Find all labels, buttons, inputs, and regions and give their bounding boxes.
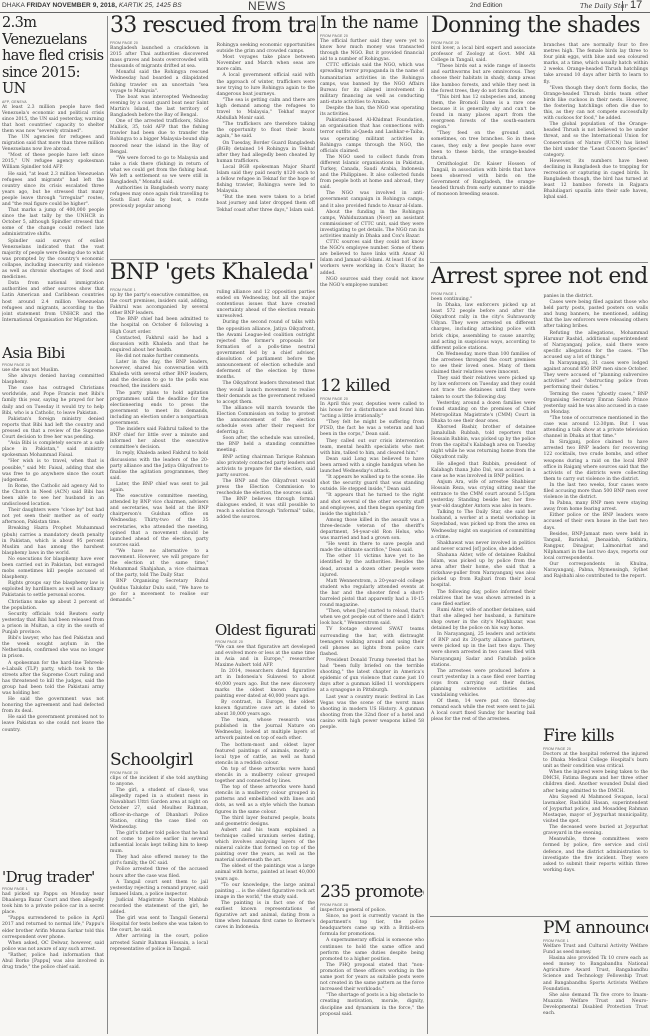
paragraph: The team, whose research was published i… — [215, 718, 315, 742]
paragraph: Spindler said surveys of exiled Venezuel… — [2, 239, 104, 282]
from-page: FROM PAGE 20 — [110, 771, 208, 775]
headline: Fire kills — [543, 728, 648, 745]
headline: PM announces — [543, 920, 648, 937]
byline: AFP, Geneva — [2, 100, 104, 104]
headline: Asia Bibi — [2, 346, 104, 361]
paragraph: The boat was intercepted Wednesday eveni… — [110, 95, 209, 119]
paragraph: One of the arrested traffickers, Shiloo … — [110, 119, 209, 156]
story-body: Welfare Trust and Cultural Activity Welf… — [543, 944, 648, 1017]
story-trawler: 33 rescued from trawler FROM PAGE 20 Ban… — [110, 15, 315, 257]
paragraph: The insiders said Fakhrul talked to the … — [110, 427, 209, 451]
paragraph: Rights groups say the blasphemy law is e… — [2, 581, 104, 599]
paragraph: In Narayanganj, 31 cases were lodged aga… — [544, 361, 649, 391]
paragraph: The UN agencies for refugees and migrati… — [2, 135, 104, 153]
paragraph: Khorsed Bashir, brother of detainee Jama… — [431, 425, 536, 462]
headline: 235 promoted — [320, 884, 424, 901]
paragraph: The NGO used to collect funds from diffe… — [320, 155, 424, 192]
headline: Arrest spree not ending — [431, 266, 648, 288]
from-page: FROM PAGE 20 — [320, 903, 424, 907]
paragraph: Pakistani-based Al-Khidmat Foundation, a… — [320, 118, 424, 155]
paragraph: Refuting the allegations, Mohammad Harun… — [544, 331, 649, 361]
paragraph: The following day, police informed their… — [431, 590, 536, 608]
story-drug-trader: 'Drug trader' FROM PAGE 1 had picked up … — [2, 870, 104, 1034]
paragraph: "We can see that figurative art develope… — [215, 645, 315, 669]
paragraph: Anjum Ara, wife of arrestee Shahbisur Ho… — [431, 480, 536, 510]
paragraph: Security officials told Reuters early ye… — [2, 612, 104, 636]
story-body: Rohingya seeking economic opportunities … — [217, 43, 316, 214]
paragraph: By contrast, in Europe, the oldest known… — [215, 700, 315, 718]
paragraph: The other 11 victims have yet to be iden… — [320, 554, 424, 578]
from-page: FROM PAGE 20 — [320, 397, 424, 401]
paragraph: In April this year, deputies were called… — [320, 402, 424, 420]
headline: Donning the shades — [431, 15, 648, 37]
paragraph: CTTC officials said the NGO, which was s… — [320, 63, 424, 106]
column-divider — [107, 16, 108, 1034]
paragraph: During the second round of talks with th… — [217, 320, 316, 381]
paragraph: bird lover, a local bird expert and asso… — [431, 46, 536, 64]
story-divider — [110, 259, 315, 260]
headline: Schoolgirl — [110, 752, 208, 769]
paragraph: The official further said they were yet … — [320, 39, 424, 63]
masthead: DHAKA FRIDAY NOVEMBER 9, 2018, KARTIK 25… — [0, 0, 650, 13]
paragraph: The PHQ proposal stated that "non-promot… — [320, 963, 424, 993]
paragraph: Later in the day, the BNP leaders, howev… — [110, 360, 209, 390]
paragraph: In Rome, the Catholic aid agency Aid to … — [2, 484, 104, 508]
story-body: ruling alliance and 12 opposition partie… — [217, 290, 316, 522]
column-divider — [317, 16, 318, 1034]
paragraph: The painting is in fact one of the earli… — [215, 901, 315, 931]
paragraph: "The sea is getting calm and there are h… — [217, 98, 316, 122]
paragraph: Meanwhile, three committees were formed … — [543, 837, 648, 874]
paragraph: President Donald Trump tweeted that he h… — [320, 658, 424, 695]
story-donning-the-shades: Donning the shades FROM PAGE 20 bird lov… — [431, 15, 648, 260]
from-page: FROM PAGE 1 — [110, 288, 209, 292]
story-body: "We can see that figurative art develope… — [215, 645, 315, 931]
paragraph: The alliance will march towards the Elec… — [217, 406, 316, 436]
paragraph: On top of these artworks were hand stenc… — [215, 767, 315, 785]
paragraph: On Wednesday, more than 100 families of … — [431, 352, 536, 376]
page-number: 17 — [630, 0, 642, 11]
paragraph: On Tuesday, Border Guard Bangladesh (BGB… — [217, 141, 316, 165]
story-body: In April this year, deputies were called… — [320, 402, 424, 731]
bangla-date: KARTIK 25, 1425 BS — [119, 2, 182, 9]
paragraph: "Rather, police had information that Abu… — [2, 953, 104, 971]
paragraph: Among those killed in the assault was a … — [320, 518, 424, 542]
paragraph: Data from national immigration authoriti… — [2, 281, 104, 324]
paragraph: The bottom-most and oldest layer feature… — [215, 743, 315, 767]
paragraph: Police arrested three of the accused hou… — [110, 867, 208, 879]
paragraph: The BNP and the Oikyafront would press t… — [217, 479, 316, 497]
story-divider — [430, 262, 648, 263]
paragraph: Yesterday, around a dozen families were … — [431, 401, 536, 425]
paragraph: A local government official said with th… — [217, 73, 316, 97]
paragraph: The top of these artworks were hand sten… — [215, 785, 315, 815]
paragraph: clips of the incident if she told anythi… — [110, 776, 208, 788]
story-oldest-figurative: Oldest figurative FROM PAGE 20 "We can s… — [215, 623, 315, 1034]
paragraph: had picked up Pappu on Monday near Dhaal… — [2, 892, 104, 916]
story-235-promoted: 235 promoted FROM PAGE 20 inspectors gen… — [320, 884, 424, 1034]
paragraph: He said the government was not honoring … — [2, 697, 104, 715]
story-body: clips of the incident if she told anythi… — [110, 776, 208, 953]
paragraph: up by the party's executive committee, o… — [110, 293, 209, 317]
story-body: At least 2.3 million people have fled Ve… — [2, 105, 104, 324]
paragraph: "Then, when [he] started to reload, that… — [320, 609, 424, 627]
paragraph: Rumi Akter, wife of another detainee, sa… — [431, 608, 536, 632]
paragraph: That marks a jump of 400,000 people sinc… — [2, 208, 104, 238]
paragraph: Later, the BNP chief was sent to jail ag… — [110, 482, 209, 494]
from-page: FROM PAGE 1 — [431, 292, 536, 296]
story-body: inspectors general of police. Since, no … — [320, 908, 424, 1018]
paragraph: No executions for blasphemy have ever be… — [2, 557, 104, 581]
paragraph: He alleged that Rubbin, president of Kal… — [431, 462, 536, 480]
paragraph: The BNP chief had been admitted to the h… — [110, 317, 209, 335]
story-bnp: BNP 'gets Khaleda's nod' FROM PAGE 1 up … — [110, 262, 315, 662]
paper-logo: The Daily Star — [580, 2, 627, 10]
paragraph: The Oikyafront leaders threatened that t… — [217, 381, 316, 405]
paragraph: "Most of these people have left since 20… — [2, 153, 104, 171]
paragraph: The girl, a student of class-8, was alle… — [110, 788, 208, 831]
story-body: Doctors at the hospital referred the inj… — [543, 752, 648, 874]
paragraph: Shakhawat was never involved in politics… — [431, 541, 536, 553]
paragraph: Most voyages take place between November… — [217, 55, 316, 73]
paragraph: "Her wish is to travel, when that is pos… — [2, 459, 104, 483]
paragraph: "They feed on the ground and, sometimes,… — [431, 131, 536, 161]
date: FRIDAY NOVEMBER 9, 2018, — [26, 2, 117, 9]
paragraph: The oldest of the paintings was a large … — [215, 864, 315, 882]
headline: 'Drug trader' — [2, 870, 104, 885]
paragraph: Ornithologist Dr. Kaiser Hossen of Tanga… — [431, 162, 536, 199]
paragraph: The girl was sent to Tangail General Hos… — [110, 916, 208, 934]
paragraph: In the last two weeks, four cases were f… — [544, 483, 649, 501]
story-body: up by the party's executive committee, o… — [110, 293, 209, 604]
paragraph: Bibi's lawyer, who has fled Pakistan and… — [2, 636, 104, 660]
paragraph: Dean said Long was believed to have been… — [320, 457, 424, 475]
paragraph: "This bird has 12 subspecies and, among … — [431, 95, 536, 132]
paragraph: "But the men were taken to a brief boat … — [217, 195, 316, 213]
paragraph: Breaking Hazra Prophet Muhammad (pbuh) c… — [2, 526, 104, 556]
paragraph: About the funding in the Rohingya camps,… — [320, 210, 424, 240]
paragraph: Their daughters were "close by" but had … — [2, 508, 104, 526]
headline: BNP 'gets Khaleda's nod' — [110, 262, 315, 284]
headline: 33 rescued from trawler — [110, 15, 315, 37]
paragraph: The executive committee meeting, attende… — [110, 494, 209, 549]
paragraph: The third layer featured people, boats a… — [215, 816, 315, 828]
paragraph: "It appears that he turned to the right … — [320, 493, 424, 517]
paragraph: Monaful said the Rohingya rescued Wednes… — [110, 70, 209, 94]
paragraph: Soon after, the schedule was unveiled, t… — [217, 436, 316, 454]
story-venezuela: 2.3m Venezuelans have fled crisis since … — [2, 15, 104, 345]
paragraph: She also demand Tk five crore to Imam-Mu… — [543, 993, 648, 1017]
paragraph: "The shortage of posts is a big obstacle… — [320, 993, 424, 1017]
paragraph: branches that are normally four to five … — [544, 43, 649, 86]
story-body: had picked up Pappu on Monday near Dhaal… — [2, 892, 104, 971]
story-in-the-name: In the name FROM PAGE 20 The official fu… — [320, 15, 424, 370]
paragraph: "We have no alternative to a movement. H… — [110, 549, 209, 579]
paragraph: The deceased were buried at Joypurhat gr… — [543, 825, 648, 837]
story-schoolgirl: Schoolgirl FROM PAGE 20 clips of the inc… — [110, 752, 208, 1034]
paragraph: Judicial Magistrate Nasrin Mahbub record… — [110, 898, 208, 916]
paragraph: BNP acting chairman Tarique Rahman also … — [217, 455, 316, 479]
paragraph: Last year a country music festival in La… — [320, 695, 424, 732]
story-12-killed: 12 killed FROM PAGE 20 In April this yea… — [320, 378, 424, 856]
story-asia-bibi: Asia Bibi FROM PAGE 20 use she was not M… — [2, 346, 104, 868]
story-fire-kills: Fire kills FROM PAGE 20 Doctors at the h… — [543, 728, 648, 914]
paragraph: Talking to The Daily Star, she said her … — [431, 510, 536, 540]
paragraph: The NGO was involved in anti-government … — [320, 191, 424, 209]
paragraph: "The traffickers are therefore taking th… — [217, 122, 316, 140]
story-body: The official further said they were yet … — [320, 39, 424, 289]
edition: 2nd Edition — [470, 2, 503, 9]
from-page: FROM PAGE 20 — [110, 41, 209, 45]
paragraph: Christians make up about 2 percent of th… — [2, 600, 104, 612]
from-page: FROM PAGE 20 — [431, 41, 536, 45]
paragraph: The party plans to hold agitation progra… — [110, 391, 209, 428]
paragraph: Local BGB spokesman Major Sharif Islam s… — [217, 165, 316, 195]
paragraph: Welfare Trust and Cultural Activity Welf… — [543, 944, 648, 956]
paragraph: "They felt he might be suffering from PT… — [320, 420, 424, 438]
paragraph: Aubert and his team explained a techniqu… — [215, 828, 315, 865]
headline: In the name — [320, 15, 424, 32]
paragraph: Doctors at the hospital referred the inj… — [543, 752, 648, 770]
paragraph: BNP Organising Secretary Ruhul Quddus Ta… — [110, 579, 209, 603]
paragraph: "These birds eat a wide range of insects… — [431, 64, 536, 94]
paragraph: The girl's father told police that he ha… — [110, 831, 208, 855]
paragraph: The case has outraged Christians worldwi… — [2, 386, 104, 416]
from-page: FROM PAGE 20 — [215, 640, 315, 644]
paragraph: "Asia Bibi is completely secure at a saf… — [2, 441, 104, 459]
paragraph: "It appears he walked up to the scene. H… — [320, 475, 424, 493]
paragraph: "We were forced to go to Malaysia and ta… — [110, 156, 209, 186]
headline: Oldest figurative — [215, 623, 315, 638]
paragraph: Contacted, Fakhrul said he had a discuss… — [110, 336, 209, 354]
story-body: bird lover, a local bird expert and asso… — [431, 46, 536, 198]
from-page: FROM PAGE 20 — [543, 747, 648, 751]
paragraph: Of them, 14 were put on three-day remand… — [431, 699, 536, 723]
city: DHAKA — [2, 2, 25, 9]
paragraph: ruling alliance and 12 opposition partie… — [217, 290, 316, 320]
paragraph: However, its numbers have been declining… — [544, 159, 649, 202]
paragraph: They had also offered money to the girl'… — [110, 855, 208, 867]
paragraph: Terming the cases "ghostly cases," BNP O… — [544, 392, 649, 416]
from-page: FROM PAGE 1 — [543, 939, 648, 943]
from-page: FROM PAGE 20 — [2, 363, 104, 367]
paragraph: "He went in there to save people and mad… — [320, 542, 424, 554]
paragraph: Either police or the BNP leaders were ac… — [544, 513, 649, 531]
paragraph: Besides, BNP-Jamaat men were held in Tan… — [544, 532, 649, 562]
paragraph: In Sirajganj, police claimed to have arr… — [544, 440, 649, 483]
divider — [622, 1, 623, 11]
column-divider — [427, 16, 428, 1034]
headline: 12 killed — [320, 378, 424, 395]
paragraph: The global population of the Orange-head… — [544, 122, 649, 159]
story-body: branches that are normally four to five … — [544, 43, 649, 201]
paragraph: At least 2.3 million people have fled Ve… — [2, 105, 104, 135]
paragraph: When the injured were being taken to the… — [543, 770, 648, 794]
paragraph: A spokesman for the hard-line Tehreek-e-… — [2, 661, 104, 698]
paragraph: Bangladesh launched a crackdown in 2015 … — [110, 46, 209, 70]
paragraph: A supernumerary official is someone who … — [320, 938, 424, 962]
paragraph: When asked, OC Delwar, however, said pol… — [2, 941, 104, 953]
from-page: FROM PAGE 1 — [2, 887, 104, 891]
paragraph: Cases were being filed against those who… — [544, 300, 649, 330]
story-divider — [430, 916, 648, 917]
headline: 2.3m Venezuelans have fled crisis since … — [2, 15, 104, 98]
from-page: FROM PAGE 20 — [320, 34, 424, 38]
paragraph: Our correspondents in Khulna, Narayangan… — [544, 562, 649, 580]
paragraph: Hasina also provided Tk 10 crore each as… — [543, 956, 648, 993]
paragraph: He said the government promised not to l… — [2, 715, 104, 733]
paragraph: In 2014, researchers dated figurative ar… — [215, 669, 315, 699]
story-body: use she was not Muslim. She always denie… — [2, 368, 104, 734]
paragraph: The arrestees were produced before a cou… — [431, 669, 536, 699]
story-body: been continuing." In Dhaka, law enforcer… — [431, 297, 536, 724]
paragraph: Authorities in Bangladesh worry many ref… — [110, 186, 209, 210]
paragraph: Rohingya seeking economic opportunities … — [217, 43, 316, 55]
paragraph: TV footage showed SWAT teams surrounding… — [320, 627, 424, 657]
story-body: Bangladesh launched a crackdown in 2015 … — [110, 46, 209, 211]
paragraph: In Dhaka, law enforcers picked up at lea… — [431, 303, 536, 352]
paragraph: Shahana Akter, wife of detainee Rakibul … — [431, 553, 536, 590]
paragraph: In reply, Khaleda asked Fakhrul to hold … — [110, 451, 209, 481]
paragraph: Despite the ban, the NGO was operating i… — [320, 106, 424, 118]
paragraph: Matt Wennerstrom, a 20-year-old college … — [320, 579, 424, 609]
dateline: DHAKA FRIDAY NOVEMBER 9, 2018, KARTIK 25… — [2, 2, 182, 9]
paragraph: Pakistan's foreign ministry denied repor… — [2, 417, 104, 441]
paragraph: Since, no post is currently vacant in th… — [320, 914, 424, 938]
paragraph: She always denied having committed blasp… — [2, 374, 104, 386]
paragraph: CTTC sources said they could not know th… — [320, 240, 424, 277]
paragraph: "To our knowledge, the large animal pain… — [215, 883, 315, 901]
paragraph: "Even though they don't form flocks, the… — [544, 86, 649, 123]
paragraph: The BNP believes through formal dialogue… — [217, 497, 316, 521]
paragraph: Abu Sayeed Al Mahmood Swapan, local lawm… — [543, 795, 648, 825]
paragraph: They called out our crisis intervention … — [320, 439, 424, 457]
paragraph: They said their relatives were picked up… — [431, 376, 536, 400]
paragraph: NGO sources said they could not know the… — [320, 277, 424, 289]
section-title: NEWS — [248, 0, 286, 13]
paragraph: After arriving in the court, police arre… — [110, 934, 208, 952]
paragraph: A Tangail court sent them to jail yester… — [110, 880, 208, 898]
paragraph: In Narayanganj, 25 leaders and activists… — [431, 632, 536, 669]
paragraph: He said, "at least 2.3 million Venezuela… — [2, 172, 104, 209]
paragraph: In Pabna, many BNP men were staying away… — [544, 501, 649, 513]
story-body: panies in the district. Cases were being… — [544, 294, 649, 580]
story-pm-announces: PM announces FROM PAGE 1 Welfare Trust a… — [543, 920, 648, 1034]
paragraph: "Pappu surrendered to police in April 20… — [2, 916, 104, 940]
paragraph: "The tone of occurrence mentioned in the… — [544, 416, 649, 440]
